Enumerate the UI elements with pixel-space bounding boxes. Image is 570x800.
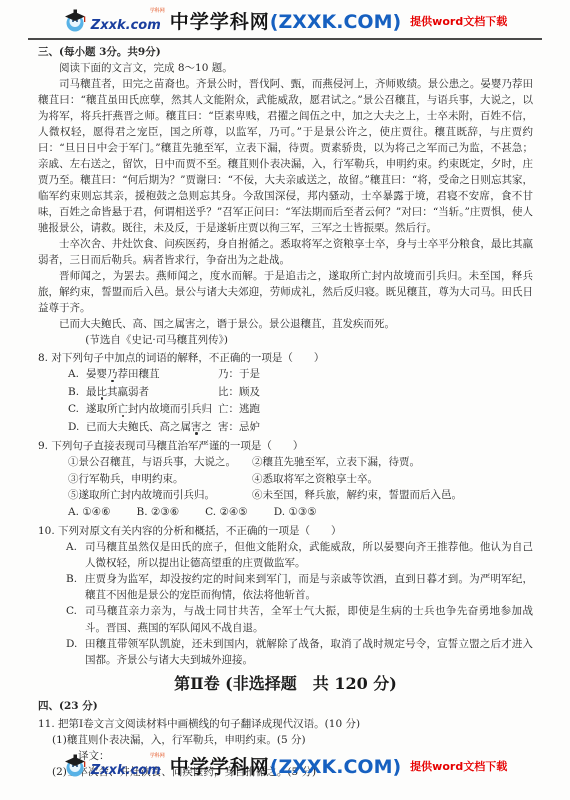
- clause-post: 其羸弱者: [107, 386, 149, 398]
- question-8-option-c: C. 遂取所亡封内故境而引兵归 亡：逃跑: [38, 401, 533, 419]
- option-label: A.: [66, 539, 85, 571]
- site-title-domain: (ZXXK.COM): [270, 11, 401, 33]
- question-9-stem: 9. 下列句子直接表现司马穰苴治军严谨的一项是（ ）: [38, 438, 533, 454]
- clause-pre: 遂取所: [86, 403, 118, 415]
- option-text: 司马穰苴亲力亲为，与战士同甘共苦，全军士气大振，即使是生病的士兵也争先奋勇地参加…: [85, 603, 533, 635]
- header-divider: [28, 38, 542, 40]
- question-8-option-d: D. 已而大夫鲍氏、高之属害之 害：忌妒: [38, 419, 533, 437]
- option-label: D.: [68, 419, 86, 437]
- section4-heading: 四、(23 分): [38, 698, 533, 714]
- passage-paragraph-4: 已而大夫鲍氏、高、国之属害之，谮于景公。景公退穰苴，苴发疾而死。: [38, 316, 533, 332]
- numbered-item: ③行军勒兵，申明约束。: [68, 471, 252, 488]
- option-label: C.: [68, 401, 86, 419]
- zxxk-logo-text: Zxxk.com: [91, 764, 161, 778]
- choice-a: A. ①④⑥: [68, 506, 111, 518]
- passage-intro: 阅读下面的文言文，完成 8～10 题。: [38, 60, 533, 76]
- dotted-word: 害: [191, 421, 202, 433]
- option-text: 庄贾身为监军，却没按约定的时间来到军门，而是与亲戚等饮酒，直到日暮才到。为严明军…: [85, 571, 533, 603]
- question-10-option-d: D. 田穰苴带领军队凯旋，还未到国内，就解除了战备，取消了战时规定号令，宣誓立盟…: [38, 636, 533, 668]
- question-8-option-a: A. 晏婴乃荐田穰苴 乃：于是: [38, 366, 533, 384]
- zxxk-logo-sup-text: 学科网: [150, 9, 165, 14]
- passage-paragraph-2: 士卒次舍、井灶饮食、问疾医药，身自拊循之。悉取将军之资粮享士卒，身与士卒平分粮食…: [38, 236, 533, 268]
- site-footer-banner: Zxxk.com 学科网 中学学科网(ZXXK.COM) 提供word文档下载: [0, 745, 570, 782]
- option-gloss: 亡：逃跑: [218, 401, 533, 419]
- exam-content: 三、(每小题 3分。共9分) 阅读下面的文言文，完成 8～10 题。 司马穰苴者…: [0, 44, 570, 780]
- question-10-stem: 10. 下列对原文有关内容的分析和概括，不正确的一项是（ ）: [38, 523, 533, 539]
- exam-document-page: Zxxk.com 学科网 中学学科网(ZXXK.COM) 提供word文档下载 …: [0, 0, 570, 800]
- option-text: 司马穰苴虽然仅是田氏的庶子，但他文能附众，武能威敌，所以晏婴向齐王推荐他。他认为…: [85, 539, 533, 571]
- option-label: A.: [68, 366, 86, 384]
- clause-pre: 最: [86, 386, 97, 398]
- dotted-word: 乃: [107, 368, 118, 380]
- zxxk-mascot-icon: [63, 8, 89, 33]
- option-clause: 遂取所亡封内故境而引兵归: [86, 401, 218, 419]
- dotted-word: 比: [97, 386, 108, 398]
- site-title: 中学学科网(ZXXK.COM): [170, 752, 401, 779]
- site-header-banner: Zxxk.com 学科网 中学学科网(ZXXK.COM) 提供word文档下载: [0, 0, 570, 37]
- section3-heading: 三、(每小题 3分。共9分): [38, 44, 533, 60]
- choice-c: C. ②④⑤: [205, 506, 248, 518]
- numbered-item: ①景公召穰苴，与语兵事，大说之。: [68, 454, 252, 471]
- zxxk-logo-sup-text: 学科网: [150, 754, 165, 759]
- site-title: 中学学科网(ZXXK.COM): [170, 7, 401, 34]
- dotted-word: 亡: [118, 403, 129, 415]
- choice-b: B. ②③⑥: [137, 506, 180, 518]
- passage-paragraph-1: 司马穰苴者，田完之苗裔也。齐景公时，晋伐阿、甄，而燕侵河上，齐师败绩。景公患之。…: [38, 76, 533, 236]
- option-gloss: 乃：于是: [218, 366, 533, 384]
- option-text: 田穰苴带领军队凯旋，还未到国内，就解除了战备，取消了战时规定号令，宣誓立盟之后才…: [85, 636, 533, 668]
- passage-paragraph-3: 晋师闻之，为罢去。燕师闻之，度水而解。于是追击之，遂取所亡封内故境而引兵归。未至…: [38, 268, 533, 316]
- question-10-option-c: C. 司马穰苴亲力亲为，与战士同甘共苦，全军士气大振，即使是生病的士兵也争先奋勇…: [38, 603, 533, 635]
- numbered-item: ⑤遂取所亡封内故境而引兵归。: [68, 487, 252, 504]
- clause-post: 封内故境而引兵归: [128, 403, 212, 415]
- option-gloss: 害：忌妒: [218, 419, 533, 437]
- zxxk-mascot-icon: [63, 753, 89, 778]
- option-label: D.: [66, 636, 85, 668]
- question-9-choices: A. ①④⑥B. ②③⑥C. ②④⑤D. ①③⑤: [38, 504, 533, 521]
- option-label: B.: [66, 571, 85, 603]
- clause-post: 之: [202, 421, 213, 433]
- zxxk-logo-text: Zxxk.com: [91, 19, 161, 33]
- download-tagline: 提供word文档下载: [410, 758, 507, 774]
- site-title-cn: 中学学科网: [170, 756, 270, 778]
- question-9-items-row-1: ①景公召穰苴，与语兵事，大说之。 ②穰苴先驰至军，立表下漏，待贾。: [38, 454, 533, 471]
- numbered-item: ⑥未至国，释兵旅，解约束，誓盟而后入邑。: [252, 487, 462, 504]
- question-8-stem: 8. 对下列句子中加点的词语的解释，不正确的一项是（ ）: [38, 350, 533, 366]
- zxxk-logo: Zxxk.com 学科网: [63, 8, 161, 33]
- numbered-item: ②穰苴先驰至军，立表下漏，待贾。: [252, 454, 420, 471]
- option-gloss: 比：顾及: [218, 384, 533, 402]
- question-9-items-row-3: ⑤遂取所亡封内故境而引兵归。 ⑥未至国，释兵旅，解约束，誓盟而后入邑。: [38, 487, 533, 504]
- download-tagline: 提供word文档下载: [410, 13, 507, 29]
- question-10-option-a: A. 司马穰苴虽然仅是田氏的庶子，但他文能附众，武能威敌，所以晏婴向齐王推荐他。…: [38, 539, 533, 571]
- choice-d: D. ①③⑤: [274, 506, 317, 518]
- clause-pre: 晏婴: [86, 368, 107, 380]
- part2-title: 第Ⅱ卷 (非选择题 共 120 分): [38, 673, 533, 695]
- question-8-option-b: B. 最比其羸弱者 比：顾及: [38, 384, 533, 402]
- option-label: B.: [68, 384, 86, 402]
- option-clause: 最比其羸弱者: [86, 384, 218, 402]
- site-title-cn: 中学学科网: [170, 11, 270, 33]
- option-clause: 已而大夫鲍氏、高之属害之: [86, 419, 218, 437]
- question-10-option-b: B. 庄贾身为监军，却没按约定的时间来到军门，而是与亲戚等饮酒，直到日暮才到。为…: [38, 571, 533, 603]
- option-clause: 晏婴乃荐田穰苴: [86, 366, 218, 384]
- question-9-items-row-2: ③行军勒兵，申明约束。 ④悉取将军之资粮享士卒。: [38, 471, 533, 488]
- clause-post: 荐田穰苴: [118, 368, 160, 380]
- site-title-domain: (ZXXK.COM): [270, 756, 401, 778]
- numbered-item: ④悉取将军之资粮享士卒。: [252, 471, 378, 488]
- clause-pre: 已而大夫鲍氏、高之属: [86, 421, 191, 433]
- zxxk-logo: Zxxk.com 学科网: [63, 753, 161, 778]
- option-label: C.: [66, 603, 85, 635]
- question-11-stem: 11. 把第Ⅰ卷文言文阅读材料中画横线的句子翻译成现代汉语。(10 分): [38, 716, 533, 732]
- passage-source: (节选自《史记·司马穰苴列传》): [38, 332, 533, 348]
